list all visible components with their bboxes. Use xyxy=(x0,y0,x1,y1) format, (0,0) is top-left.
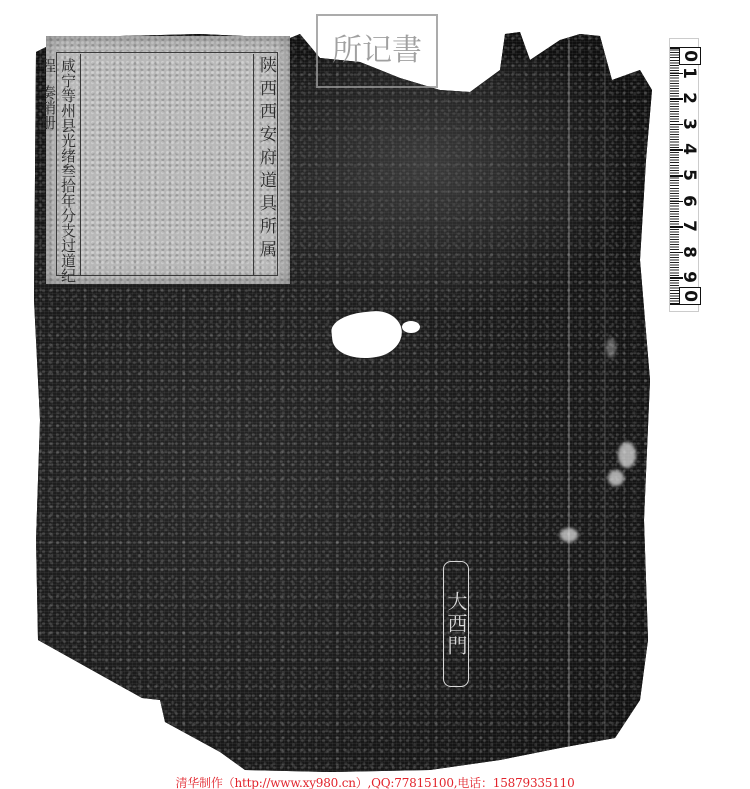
ruler-label: 9 xyxy=(679,269,699,285)
label-volume-note: 奏销册 xyxy=(38,85,58,130)
label-title-right: 陕西西安府道具所属 xyxy=(256,56,276,263)
stain-spot xyxy=(606,338,616,358)
label-title-left: 咸宁等州县光绪叁拾年分支过道纪程奏销册 xyxy=(58,58,78,284)
cover-fold-line xyxy=(568,40,570,760)
cover-fold-line xyxy=(604,40,606,760)
watermark-caption: 清华制作（http://www.xy980.cn）,QQ:77815100,电话… xyxy=(0,774,750,789)
label-column-rule xyxy=(253,54,254,276)
ruler-label: 0 xyxy=(679,287,701,305)
stain-spot xyxy=(618,442,636,468)
bottom-seal-text: 大西門 xyxy=(444,591,468,657)
stain-spot xyxy=(608,470,624,486)
label-frame xyxy=(56,52,278,276)
top-seal-text: 所记書 xyxy=(332,36,422,66)
ruler-label: 6 xyxy=(679,193,699,209)
cover-hole-small xyxy=(402,321,420,333)
ruler-label: 5 xyxy=(679,167,699,183)
ruler-label: 0 xyxy=(679,47,701,65)
top-seal-stamp: 所记書 xyxy=(316,14,438,88)
measurement-ruler: 01234567890 xyxy=(669,38,699,312)
ruler-label: 2 xyxy=(679,90,699,106)
stain-spot xyxy=(560,528,578,542)
ruler-label: 4 xyxy=(679,141,699,157)
bottom-seal-stamp: 大西門 xyxy=(443,561,469,687)
cover-worn-area xyxy=(280,60,650,320)
ruler-label: 7 xyxy=(679,218,699,234)
title-label: 陕西西安府道具所属 咸宁等州县光绪叁拾年分支过道纪程奏销册 xyxy=(46,36,290,284)
label-column-rule xyxy=(80,54,81,276)
ruler-label: 8 xyxy=(679,244,699,260)
ruler-label: 1 xyxy=(679,65,699,81)
ruler-label: 3 xyxy=(679,116,699,132)
